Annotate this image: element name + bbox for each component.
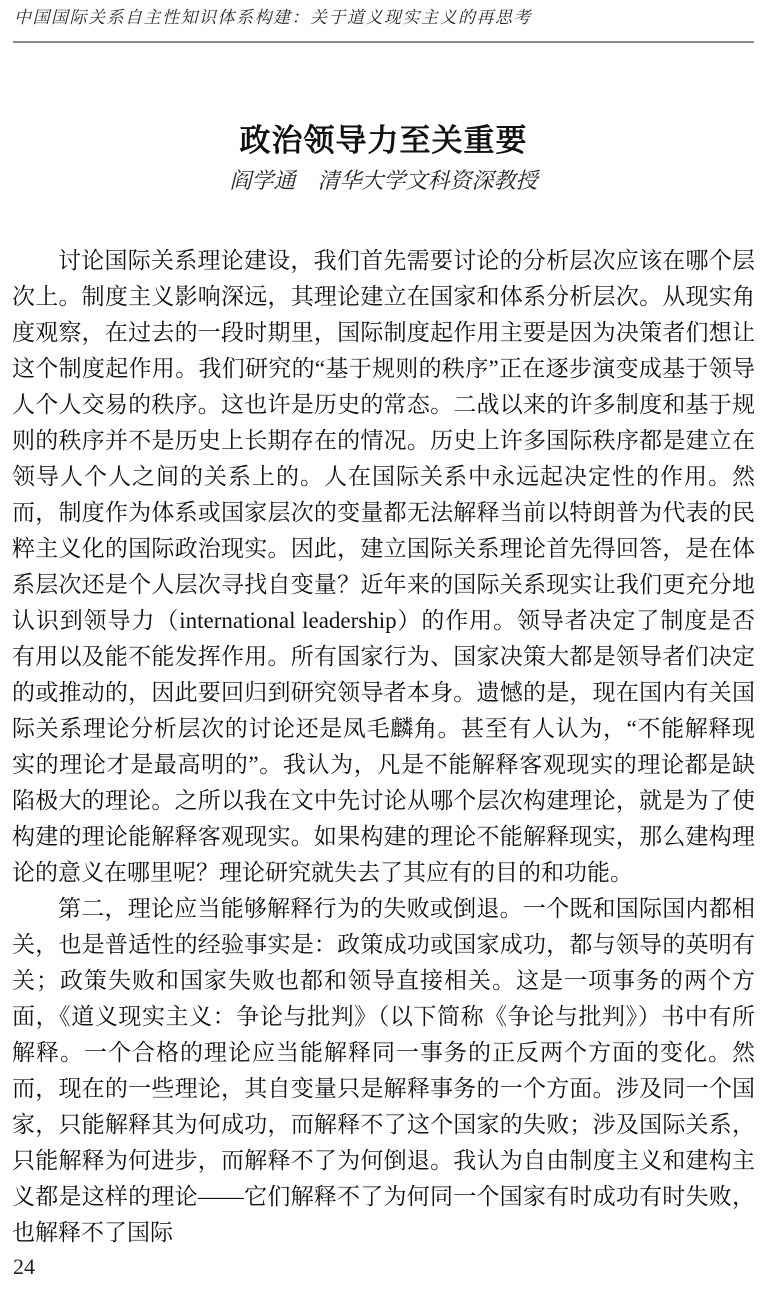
- body-paragraph-1: 讨论国际关系理论建设，我们首先需要讨论的分析层次应该在哪个层次上。制度主义影响深…: [12, 243, 755, 891]
- header-rule-divider: [13, 41, 754, 43]
- page-number: 24: [13, 1252, 35, 1282]
- running-header: 中国国际关系自主性知识体系构建：关于道义现实主义的再思考: [14, 7, 753, 29]
- article-body: 讨论国际关系理论建设，我们首先需要讨论的分析层次应该在哪个层次上。制度主义影响深…: [12, 243, 755, 1251]
- document-page: 中国国际关系自主性知识体系构建：关于道义现实主义的再思考 政治领导力至关重要 阎…: [0, 0, 767, 1290]
- article-title: 政治领导力至关重要: [0, 122, 767, 160]
- body-paragraph-2: 第二，理论应当能够解释行为的失败或倒退。一个既和国际国内都相关，也是普适性的经验…: [12, 891, 755, 1251]
- author-byline: 阎学通 清华大学文科资深教授: [0, 166, 767, 196]
